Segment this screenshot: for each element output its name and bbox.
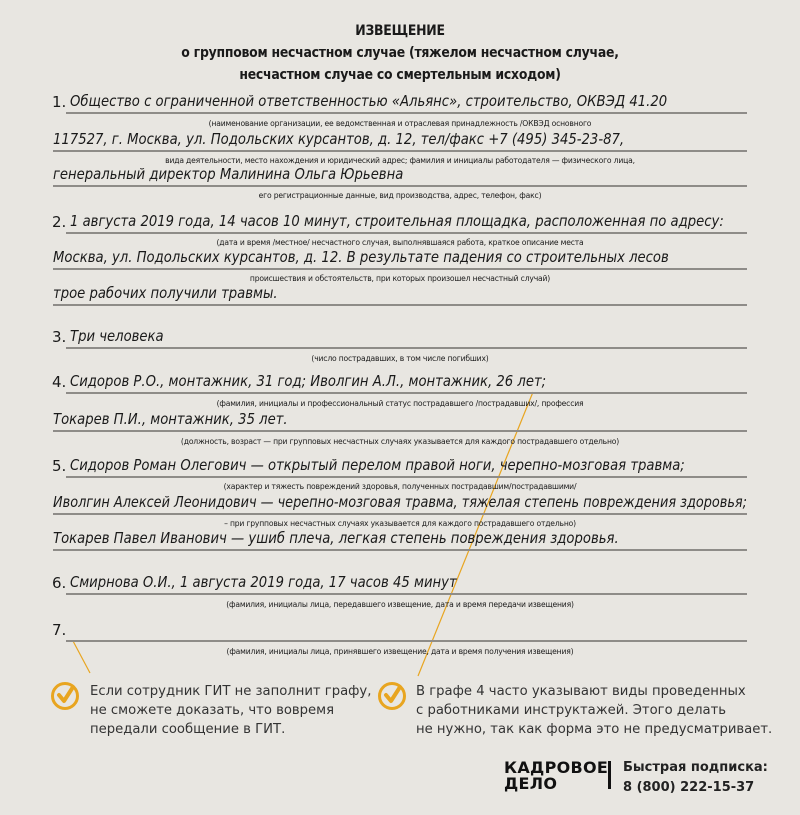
filled-value[interactable]: Токарев П.И., монтажник, 35 лет. — [53, 410, 288, 428]
field-hint: (наименование организации, ее ведомствен… — [81, 118, 719, 128]
form-rule — [53, 268, 747, 270]
filled-value[interactable]: Сидоров Роман Олегович — открытый перело… — [70, 456, 685, 474]
check-circle-icon — [378, 682, 406, 710]
subtitle-line-2: несчастном случае со смертельным исходом… — [56, 64, 744, 86]
field-hint: (дата и время /местное/ несчастного случ… — [81, 237, 719, 247]
form-rule — [53, 150, 747, 152]
filled-value[interactable]: Токарев Павел Иванович — ушиб плеча, лег… — [53, 529, 619, 547]
filled-value[interactable]: генеральный директор Малинина Ольга Юрье… — [53, 165, 403, 183]
note-item4: В графе 4 часто указывают виды проведенн… — [416, 682, 772, 739]
form-rule — [66, 640, 747, 642]
filled-value[interactable]: Общество с ограниченной ответственностью… — [70, 92, 667, 110]
form-rule — [53, 549, 747, 551]
item-number: 5. — [52, 457, 66, 475]
field-hint: (должность, возраст — при групповых несч… — [81, 436, 719, 446]
field-hint: вида деятельности, место нахождения и юр… — [81, 155, 719, 165]
field-hint: – при групповых несчастных случаях указы… — [81, 518, 719, 528]
title: ИЗВЕЩЕНИЕ — [56, 20, 744, 42]
field-hint: (фамилия, инициалы лица, принявшего изве… — [81, 646, 719, 656]
check-circle-icon — [51, 682, 79, 710]
subscribe-label: Быстрая подписка: — [623, 758, 768, 778]
item-number: 4. — [52, 373, 66, 391]
note-git: Если сотрудник ГИТ не заполнит графу, не… — [90, 682, 371, 739]
subscribe-phone: 8 (800) 222-15-37 — [623, 778, 768, 798]
brand-logo: КАДРОВОЕ ДЕЛО — [504, 760, 608, 792]
subtitle-line-1: о групповом несчастном случае (тяжелом н… — [56, 42, 744, 64]
form-rule — [66, 392, 747, 394]
item-number: 7. — [52, 621, 66, 639]
filled-value[interactable]: Москва, ул. Подольских курсантов, д. 12.… — [53, 248, 669, 266]
filled-value[interactable]: Смирнова О.И., 1 августа 2019 года, 17 ч… — [70, 573, 457, 591]
brand-divider — [608, 761, 611, 789]
form-rule — [66, 112, 747, 114]
filled-value[interactable]: Сидоров Р.О., монтажник, 31 год; Иволгин… — [70, 372, 546, 390]
form-rule — [53, 513, 747, 515]
form-rule — [66, 593, 747, 595]
form-rule — [66, 347, 747, 349]
item-number: 1. — [52, 93, 66, 111]
field-hint: (характер и тяжесть повреждений здоровья… — [81, 481, 719, 491]
item-number: 3. — [52, 328, 66, 346]
item-number: 2. — [52, 213, 66, 231]
field-hint: происшествия и обстоятельств, при которы… — [81, 273, 719, 283]
subscription-info: Быстрая подписка: 8 (800) 222-15-37 — [623, 758, 768, 798]
form-rule — [66, 476, 747, 478]
document-title: ИЗВЕЩЕНИЕ о групповом несчастном случае … — [56, 20, 744, 86]
filled-value[interactable]: трое рабочих получили травмы. — [53, 284, 278, 302]
filled-value[interactable]: Иволгин Алексей Леонидович — черепно-моз… — [53, 493, 747, 511]
filled-value[interactable]: Три человека — [70, 327, 164, 345]
field-hint: (фамилия, инициалы и профессиональный ст… — [81, 398, 719, 408]
field-hint: (число пострадавших, в том числе погибши… — [81, 353, 719, 363]
form-rule — [66, 232, 747, 234]
form-rule — [53, 430, 747, 432]
filled-value[interactable]: 1 августа 2019 года, 14 часов 10 минут, … — [70, 212, 724, 230]
form-rule — [53, 304, 747, 306]
form-rule — [53, 185, 747, 187]
item-number: 6. — [52, 574, 66, 592]
field-hint: (фамилия, инициалы лица, передавшего изв… — [81, 599, 719, 609]
field-hint: его регистрационные данные, вид производ… — [81, 190, 719, 200]
filled-value[interactable]: 117527, г. Москва, ул. Подольских курсан… — [53, 130, 624, 148]
